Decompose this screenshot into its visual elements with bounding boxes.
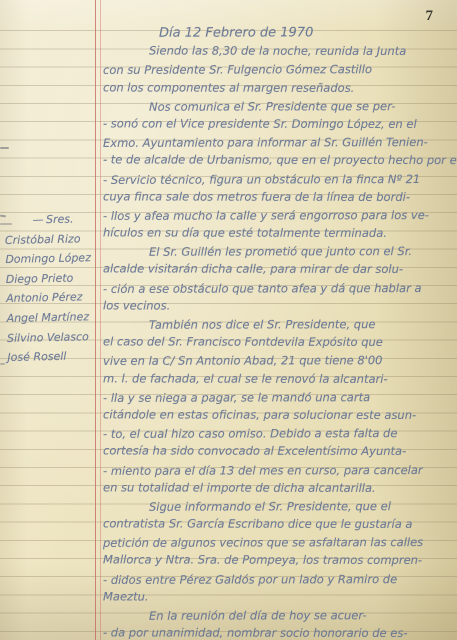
binding-edge-mark xyxy=(0,363,5,365)
attendee-name: Cristóbal Rizo xyxy=(5,229,97,251)
manuscript-line: los vecinos. xyxy=(103,296,453,315)
manuscript-line: m. l. de fachada, el cual se le renovó l… xyxy=(103,369,453,388)
manuscript-line: Sigue informando el Sr. Presidente, que … xyxy=(103,497,453,516)
manuscript-line: Siendo las 8,30 de la noche, reunida la … xyxy=(103,42,453,61)
attendee-name: Antonio Pérez xyxy=(6,287,98,309)
manuscript-line: cortesía ha sido convocado al Excelentís… xyxy=(103,442,453,461)
attendee-name: Domingo López xyxy=(5,248,97,270)
manuscript-line: - te de alcalde de Urbanismo, que en el … xyxy=(103,151,453,170)
date-heading: Día 12 Febrero de 1970 xyxy=(103,24,453,43)
manuscript-body: Día 12 Febrero de 1970Siendo las 8,30 de… xyxy=(103,24,453,640)
manuscript-line: - da por unanimidad, nombrar socio honor… xyxy=(103,624,453,640)
manuscript-line: con su Presidente Sr. Fulgencio Gómez Ca… xyxy=(103,60,453,79)
manuscript-line: alcalde visitarán dicha calle, para mira… xyxy=(103,260,453,279)
manuscript-line: - to, el cual hizo caso omiso. Debido a … xyxy=(103,424,453,443)
attendee-name: Silvino Velasco xyxy=(7,327,99,349)
manuscript-line: vive en la C/ Sn Antonio Abad, 21 que ti… xyxy=(103,351,453,370)
page-number: 7 xyxy=(426,8,434,25)
attendees-margin-list: — Sres. Cristóbal RizoDomingo LópezDiego… xyxy=(4,209,99,368)
manuscript-line: Exmo. Ayuntamiento para informar al Sr. … xyxy=(103,133,453,152)
manuscript-line: - ción a ese obstáculo que tanto afea y … xyxy=(103,279,453,298)
manuscript-line: en su totalidad el importe de dicha alca… xyxy=(103,478,453,497)
attendee-name: José Rosell xyxy=(7,346,99,368)
manuscript-line: En la reunión del día de hoy se acuer- xyxy=(103,606,453,625)
manuscript-line: Nos comunica el Sr. Presidente que se pe… xyxy=(103,97,453,116)
manuscript-line: También nos dice el Sr. Presidente, que xyxy=(103,315,453,334)
attendee-name: Diego Prieto xyxy=(6,268,98,290)
attendees-label: — Sres. xyxy=(4,209,96,231)
manuscript-line: contratista Sr. García Escribano dice qu… xyxy=(103,514,453,533)
manuscript-line: - miento para el día 13 del mes en curso… xyxy=(103,460,453,479)
manuscript-line: Mallorca y Ntra. Sra. de Pompeya, los tr… xyxy=(103,551,453,570)
manuscript-line: - didos entre Pérez Galdós por un lado y… xyxy=(103,570,453,589)
manuscript-line: petición de algunos vecinos que se asfal… xyxy=(103,533,453,552)
attendee-name: Angel Martínez xyxy=(6,307,98,329)
manuscript-line: hículos en su día que esté totalmente te… xyxy=(103,223,453,242)
manuscript-line: cuya finca sale dos metros fuera de la l… xyxy=(103,187,453,206)
manuscript-line: El Sr. Guillén les prometió que junto co… xyxy=(103,242,453,261)
manuscript-line: - Servicio técnico, figura un obstáculo … xyxy=(103,169,453,188)
manuscript-line: - llos y afea mucho la calle y será engo… xyxy=(103,206,453,225)
manuscript-line: con los componentes al margen reseñados. xyxy=(103,78,453,97)
binding-edge-mark xyxy=(0,147,9,149)
manuscript-line: - lla y se niega a pagar, se le mandó un… xyxy=(103,388,453,407)
manuscript-line: - sonó con el Vice presidente Sr. Doming… xyxy=(103,114,453,133)
manuscript-line: Maeztu. xyxy=(103,587,453,606)
manuscript-line: citándole en estas oficinas, para soluci… xyxy=(103,405,453,424)
ledger-page: 7 — Sres. Cristóbal RizoDomingo LópezDie… xyxy=(0,0,457,640)
flourish-mark: — xyxy=(32,213,42,226)
manuscript-line: el caso del Sr. Francisco Fontdevila Exp… xyxy=(103,333,453,352)
attendees-label-text: Sres. xyxy=(46,213,74,227)
